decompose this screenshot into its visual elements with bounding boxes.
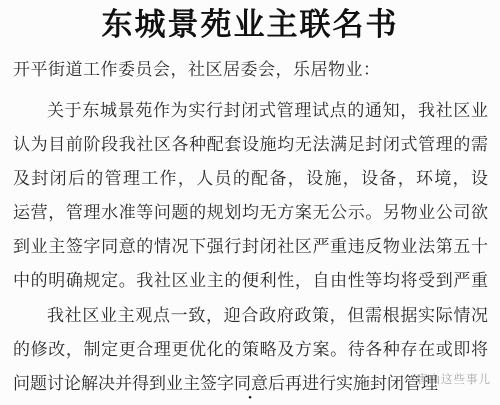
watermark-text: 唐山这些事儿 [416, 373, 491, 387]
paragraph-1: 关于东城景苑作为实行封闭式管理试点的通知，我社区业主一致 认为目前阶段我社区各种… [0, 94, 500, 298]
document-page: 东城景苑业主联名书 开平街道工作委员会，社区居委会，乐居物业： 关于东城景苑作为… [0, 0, 500, 405]
paragraph-2-line: 的修改，制定更合理更优化的策略及方案。待各种存在或即将存在的 [13, 333, 488, 367]
paragraph-2-line: 我社区业主观点一致，迎合政府政策，但需根据实际情况进行方案 [13, 299, 488, 333]
paragraph-1-line: 认为目前阶段我社区各种配套设施均无法满足封闭式管理的需求。以 [13, 128, 488, 162]
footer-dot: • [0, 393, 500, 404]
paragraph-1-line: 及封闭后的管理工作，人员的配备，设施，设备，环境，设计，建设， [13, 162, 488, 196]
paragraph-1-line: 中的明确规定。我社区业主的便利性，自由性等均将受到严重影响。 [13, 264, 488, 298]
document-title: 东城景苑业主联名书 [0, 0, 500, 44]
paragraph-1-line: 到业主签字同意的情况下强行封闭社区严重违反物业法第五十三条 [13, 230, 488, 264]
salutation-line: 开平街道工作委员会，社区居委会，乐居物业： [0, 59, 500, 81]
paragraph-1-line: 运营，管理水准等问题的规划均无方案无公示。另物业公司欲在未得 [13, 196, 488, 230]
paragraph-1-line: 关于东城景苑作为实行封闭式管理试点的通知，我社区业主一致 [13, 94, 488, 128]
